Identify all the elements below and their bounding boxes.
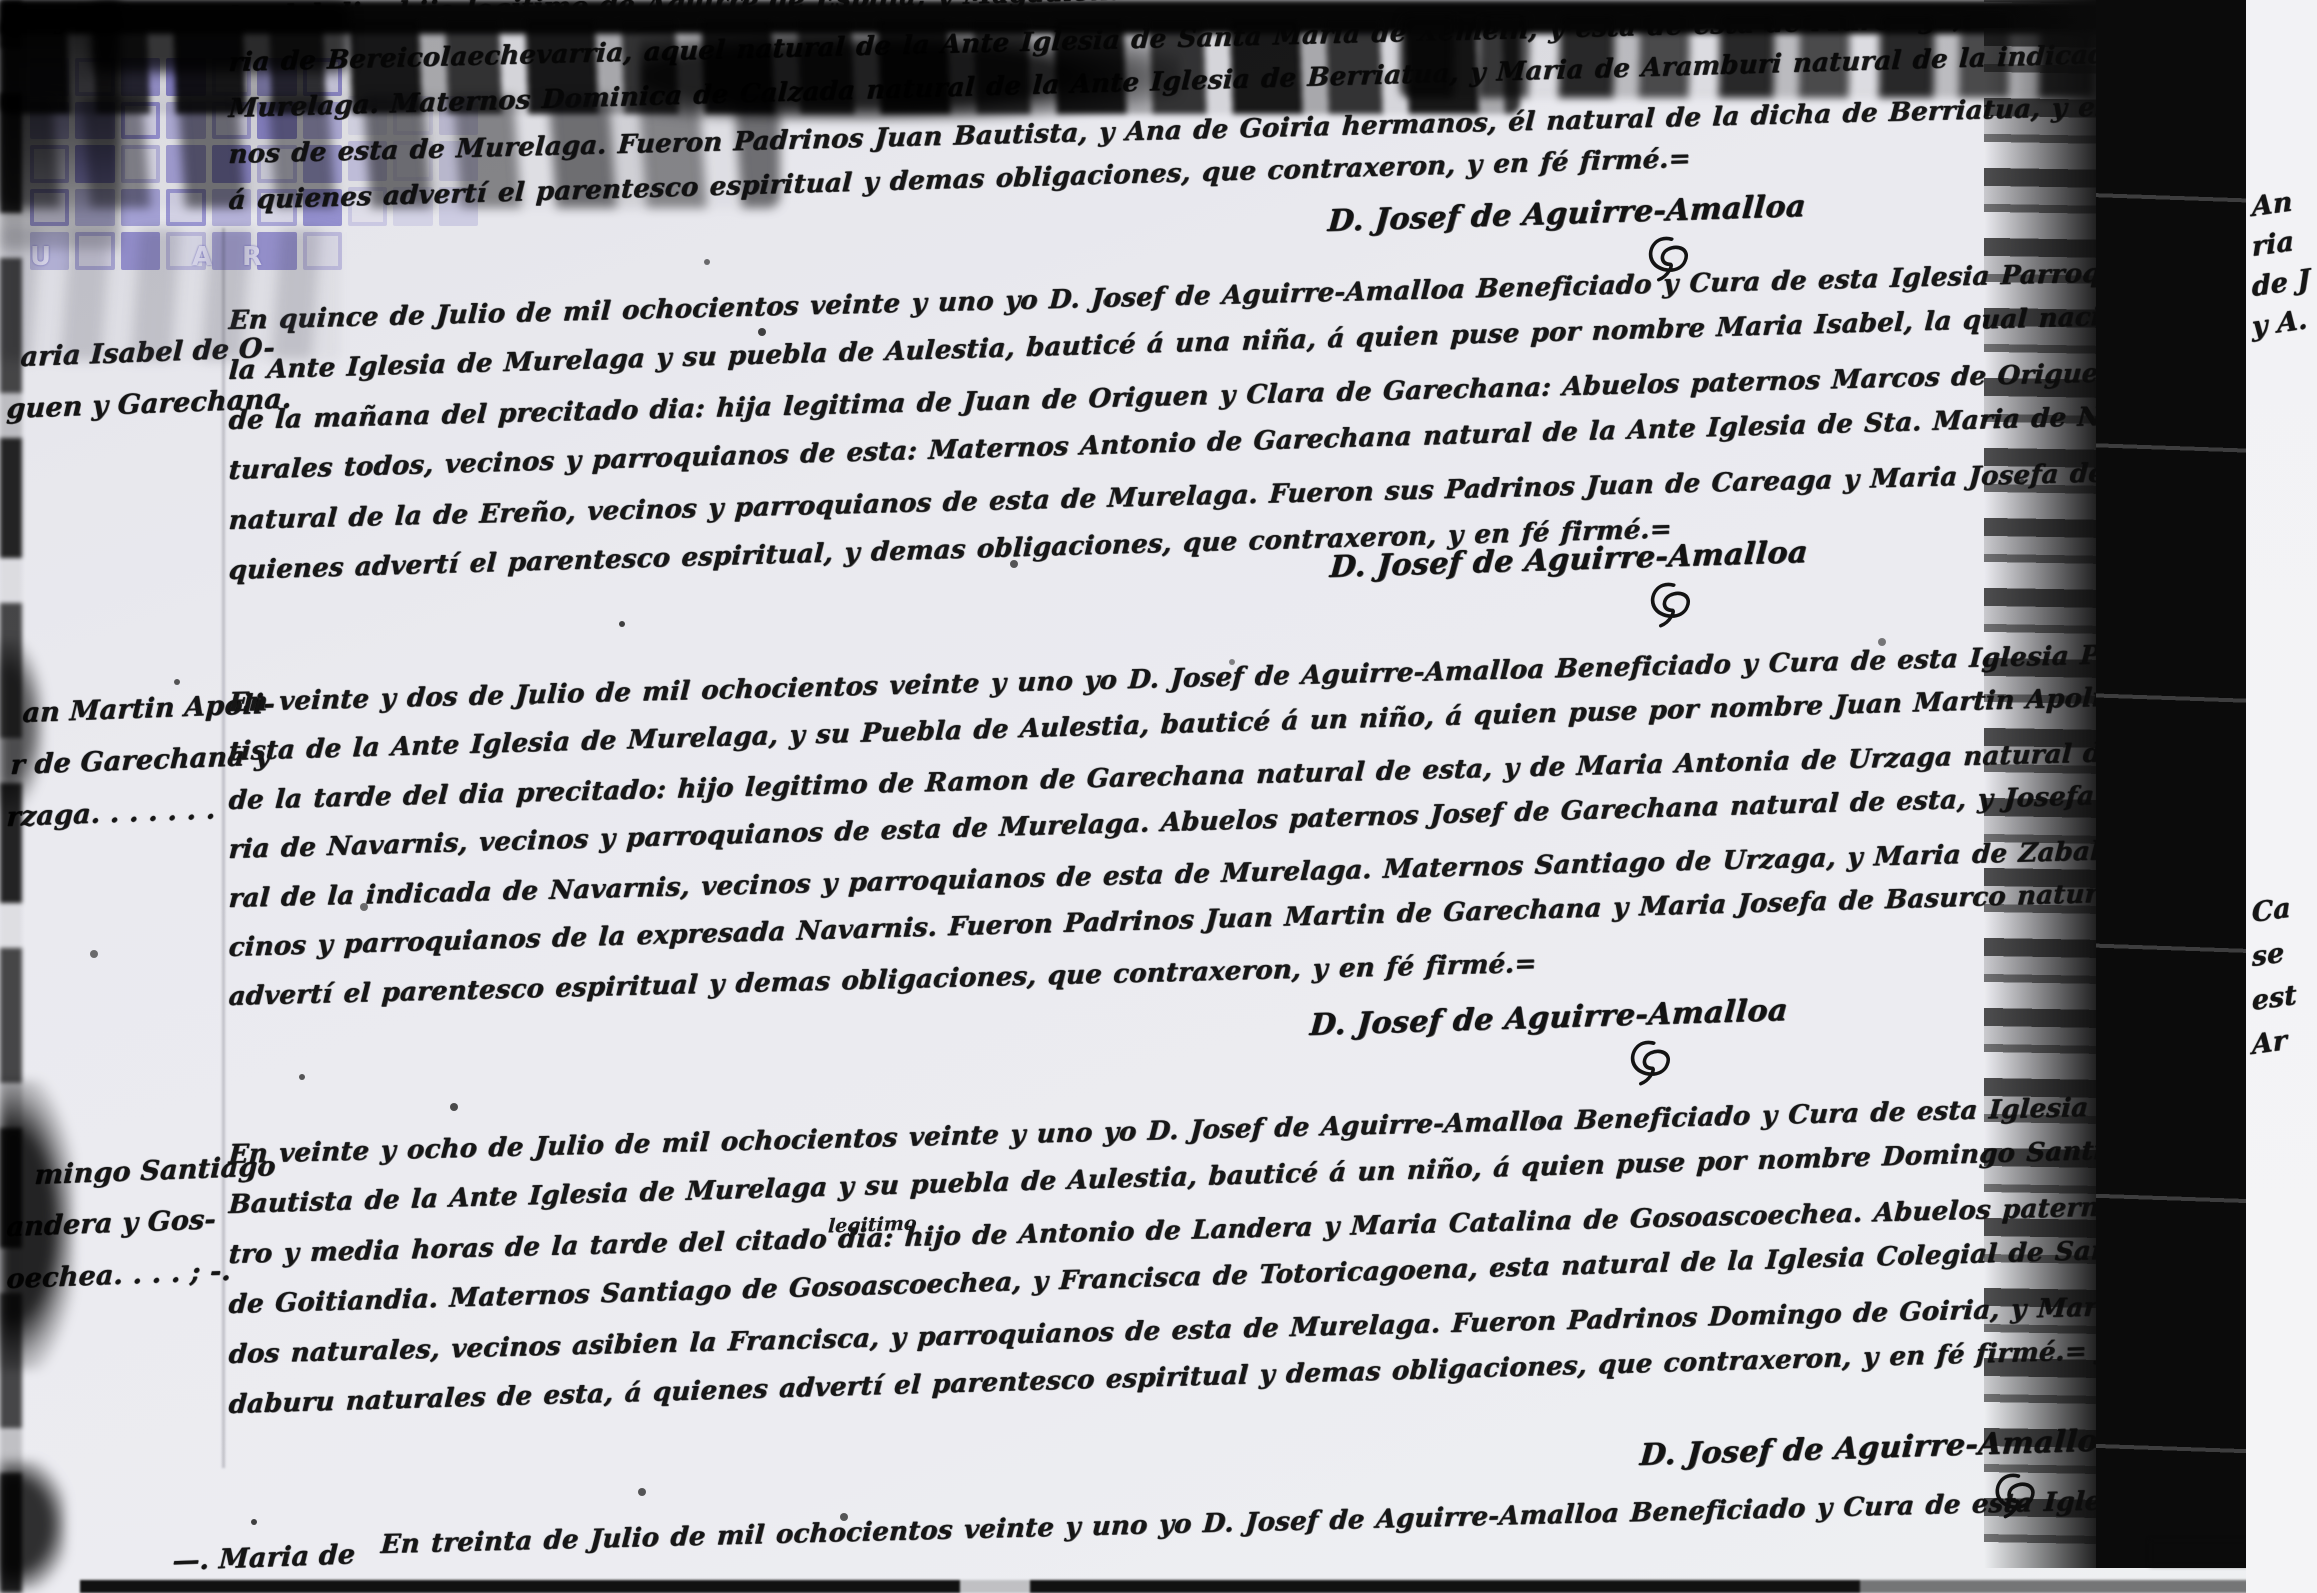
margin-note-line: lla y Cabr [5,0,232,58]
right-marginalia-upper: Anriade Jy A. [2252,192,2311,352]
baptism-record-4: mingo Santiagoandera y Gos-oechea. . . .… [228,1142,2238,1442]
margin-note-line: guen y Garechana. [5,386,232,446]
record-lines: y parroquianos de esta. Abuelos paternos… [228,0,2238,234]
marginalia-line: est [2251,980,2298,1031]
marginalia-line: Ca [2251,892,2298,943]
margin-note-line: —. Maria de [171,1540,334,1593]
margin-note-line: an Martin Apoli- [21,690,233,750]
baptism-record-2: aria Isabel de O-guen y Garechana. En qu… [228,308,2238,608]
baptism-record-1: lla y Cabr y parroquianos de esta. Abuel… [228,0,2238,234]
margin-note: aria Isabel de O-guen y Garechana. [6,342,231,446]
margin-note-line: andera y Gos- [5,1204,232,1264]
right-marginalia-lower: CaseestAr [2252,898,2297,1074]
manuscript-text-area: lla y Cabr y parroquianos de esta. Abuel… [0,0,2246,1593]
margin-note: lla y Cabr [6,6,231,58]
signature-rubric-icon [1639,578,1705,632]
signature-rubric-icon [1619,1036,1685,1090]
margin-note: mingo Santiagoandera y Gos-oechea. . . .… [6,1160,231,1316]
marginalia-line: se [2251,936,2298,987]
scanned-register-page: ARU lla y Cabr y parroquianos de esta. A… [0,0,2317,1593]
margin-note-line: aria Isabel de O- [19,334,232,394]
baptism-record-5-partial: —. Maria de En treinta de Julio de mil o… [228,1532,2238,1582]
marginalia-line: Ar [2251,1024,2298,1075]
record-lines: En veinte y dos de Julio de mil ochocien… [228,690,2238,1033]
margin-note-line: r de Garechana y [9,742,232,802]
record-lines: En veinte y ocho de Julio de mil ochocie… [228,1142,2238,1442]
margin-note: an Martin Apoli-r de Garechana yrzaga. .… [6,698,231,854]
manuscript-line: En treinta de Julio de mil ochocientos v… [378,1485,2239,1582]
margin-note-line: oechea. . . . ; -. [5,1256,232,1316]
marginalia-line: y A. [2251,304,2311,352]
record-lines: En treinta de Julio de mil ochocientos v… [228,1532,2238,1582]
margin-note: —. Maria de [172,1546,332,1593]
baptism-record-3: an Martin Apoli-r de Garechana yrzaga. .… [228,690,2238,1033]
record-lines: En quince de Julio de mil ochocientos ve… [228,308,2238,608]
margin-note-line: rzaga. . . . . . . [5,794,232,854]
margin-note-line: mingo Santiago [33,1153,233,1212]
